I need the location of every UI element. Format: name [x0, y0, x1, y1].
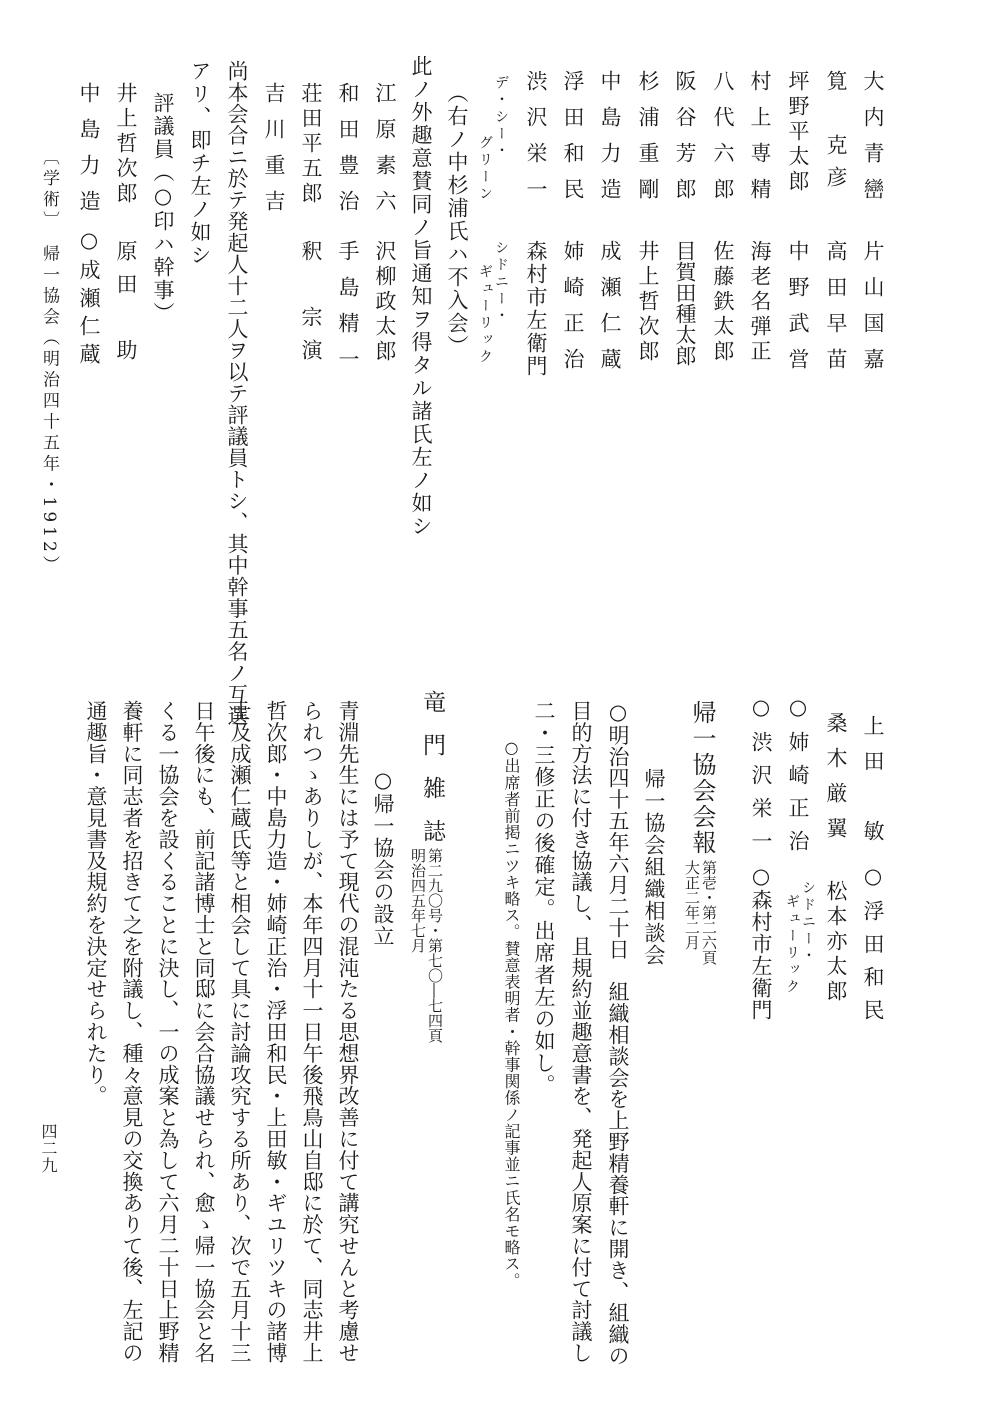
source1-title: 帰一協会会報	[690, 700, 714, 856]
sentence-council-2: アリ、即チ左ノ如シ	[189, 60, 210, 267]
foreign-name-green-2: グリーン	[478, 135, 492, 203]
name-l2a: 荘田平五郎	[300, 82, 321, 207]
council-heading: 評議員（○印ハ幹事）	[152, 92, 173, 325]
para1-line-2: 二・三修正の後確定。出席者左の如し。	[533, 700, 554, 1096]
council-name-1a: 中島力造	[78, 82, 99, 226]
lower-name-gulick-2: ギューリック	[785, 894, 799, 996]
name-8b: 姉崎正治	[562, 240, 583, 384]
para2-line-0: 青淵先生には予て現代の混沌たる思想界改善に付て講究せんと考慮せ	[337, 700, 358, 1363]
name-l2b: 釈 宗演	[300, 240, 321, 372]
para1-line-1: 目的方法に付き協議し、且規約並趣意書を、発起人原案に付て討議し	[570, 700, 591, 1363]
foreign-name-gulick: シドニー・ ギューリック	[478, 240, 508, 366]
para2-line-4: 日午後にも、前記諸博士と同邸に会合協議せられ、愈ゝ帰一協会と名	[193, 700, 214, 1363]
name-0a: 大内青巒	[862, 70, 883, 214]
source1-ref-1: 第壱・第二六頁	[701, 860, 716, 965]
section-title: 帰一協会組織相談会	[643, 768, 664, 966]
page-number: 四二九	[40, 1123, 56, 1174]
lower-name-gulick: シドニー・ ギューリック	[785, 880, 815, 996]
name-l0a: 江原素六	[374, 82, 395, 226]
name-4a: 八代六郎	[712, 70, 733, 214]
foreign-name-gulick-1: シドニー・	[494, 240, 508, 366]
name-1a: 筧 克彦	[825, 70, 846, 198]
para2-line-1: られつゝありしが、本年四月十一日午後飛鳥山自邸に於て、同志井上	[301, 700, 322, 1363]
lower-name-2a: ○姉崎正治	[787, 695, 808, 863]
name-2a: 坪野平太郎	[787, 70, 808, 195]
lower-name-1b: 松本亦太郎	[825, 880, 846, 1005]
name-9a: 渋沢栄一	[525, 70, 546, 214]
council-name-0a: 井上哲次郎	[115, 82, 136, 207]
name-7a: 中島力造	[599, 70, 620, 214]
source1-ref-2: 大正二年二月	[684, 860, 699, 965]
sentence-others: 此ノ外趣意賛同ノ旨通知ヲ得タル諸氏左ノ如シ	[410, 55, 431, 538]
foreign-name-green-1: デ・シー・	[494, 75, 508, 203]
name-9b: 森村市左衛門	[525, 240, 546, 378]
omission-note: ○出席者前掲ニツキ略ス。賛意表明者・幹事関係ノ記事並ニ氏名モ略ス。	[503, 738, 519, 1289]
subsection-title: ○帰一協会の設立	[372, 768, 393, 947]
source2-ref: 第二九〇号・第七〇―七四頁 明治四五年七月	[410, 848, 442, 1043]
name-4b: 佐藤鉄太郎	[712, 240, 733, 365]
note-nakasugi: （右ノ中杉浦氏ハ不入会）	[446, 82, 467, 358]
para1-line-0: ○明治四十五年六月二十日 組織相談会を上野精養軒に開き、組織の	[607, 700, 628, 1366]
lower-name-gulick-1: シドニー・	[801, 880, 815, 996]
name-5a: 阪谷芳郎	[674, 70, 695, 214]
foreign-name-gulick-2: ギューリック	[478, 264, 492, 366]
sentence-council-1: 尚本会合ニ於テ発起人十二人ヲ以テ評議員トシ、其中幹事五名ノ互選	[226, 60, 247, 727]
running-head: 〔学術〕 帰一協会（明治四十五年・1912）	[40, 148, 57, 577]
lower-name-0b: ○浮田和民	[862, 864, 883, 1032]
source2-ref-2: 明治四五年七月	[410, 848, 425, 1043]
source2-title: 竜門雑誌	[420, 690, 443, 862]
foreign-name-green: デ・シー・ グリーン	[478, 75, 508, 203]
name-7b: 成瀬仁蔵	[599, 240, 620, 384]
name-l3a: 吉川重吉	[263, 82, 284, 226]
para2-line-5: くる一協会を設くることに決し、一の成案と為して六月二十日上野精	[157, 700, 178, 1363]
name-2b: 中野武営	[787, 240, 808, 384]
lower-name-3a: ○渋沢栄一	[750, 695, 771, 863]
name-8a: 浮田和民	[562, 70, 583, 214]
name-l0b: 沢柳政太郎	[374, 240, 395, 365]
name-l1a: 和田豊治	[337, 82, 358, 226]
name-6a: 杉浦重剛	[637, 70, 658, 214]
council-name-0b: 原田 助	[115, 240, 136, 372]
lower-name-1a: 桑木厳翼	[825, 712, 846, 852]
name-5b: 目賀田種太郎	[674, 240, 695, 366]
para2-line-6: 養軒に同志者を招きて之を附議し、種々意見の交換ありて後、左記の	[121, 700, 142, 1363]
source1-ref: 第壱・第二六頁 大正二年二月	[684, 860, 716, 965]
para2-line-7: 通趣旨・意見書及規約を決定せられたり。	[85, 700, 106, 1107]
para2-line-3: 士及成瀬仁蔵氏等と相会して具に討論攻究する所あり、次で五月十三	[229, 700, 250, 1363]
lower-name-0a: 上田 敏	[862, 715, 883, 855]
name-3a: 村上専精	[749, 70, 770, 214]
name-1b: 高田早苗	[825, 240, 846, 384]
name-6b: 井上哲次郎	[637, 240, 658, 365]
source2-ref-1: 第二九〇号・第七〇―七四頁	[427, 848, 442, 1043]
council-name-1b: ○成瀬仁蔵	[78, 228, 99, 371]
name-0b: 片山国嘉	[862, 240, 883, 384]
lower-name-3b: ○森村市左衛門	[750, 864, 771, 1021]
name-l1b: 手島精一	[337, 240, 358, 384]
para2-line-2: 哲次郎・中島力造・姉崎正治・浮田和民・上田敏・ギユリツキの諸博	[265, 700, 286, 1363]
name-3b: 海老名弾正	[749, 240, 770, 365]
